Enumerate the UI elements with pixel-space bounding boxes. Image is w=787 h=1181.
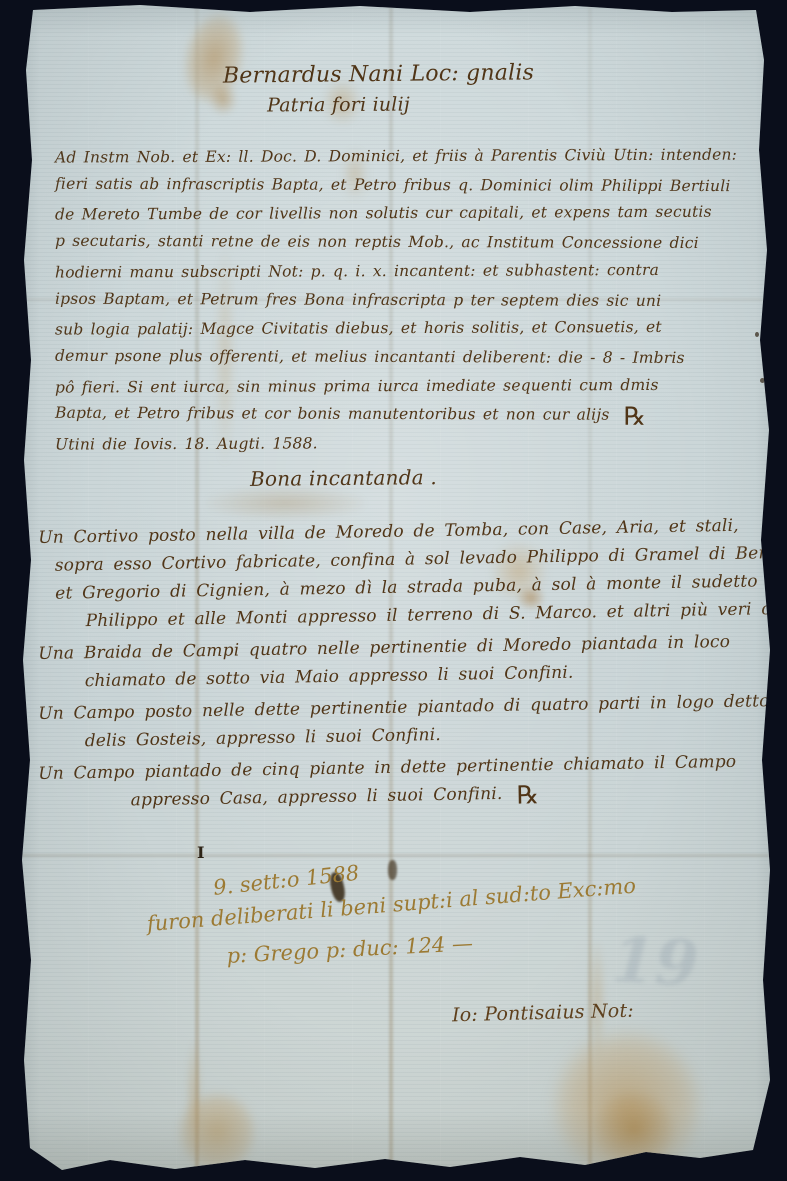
manuscript-sheet: Bernardus Nani Loc: gnalis Patria fori i… — [0, 0, 787, 1181]
scan-background: Bernardus Nani Loc: gnalis Patria fori i… — [0, 0, 787, 1181]
paper-edge-shading — [0, 0, 787, 1181]
ink-speck — [765, 390, 769, 394]
